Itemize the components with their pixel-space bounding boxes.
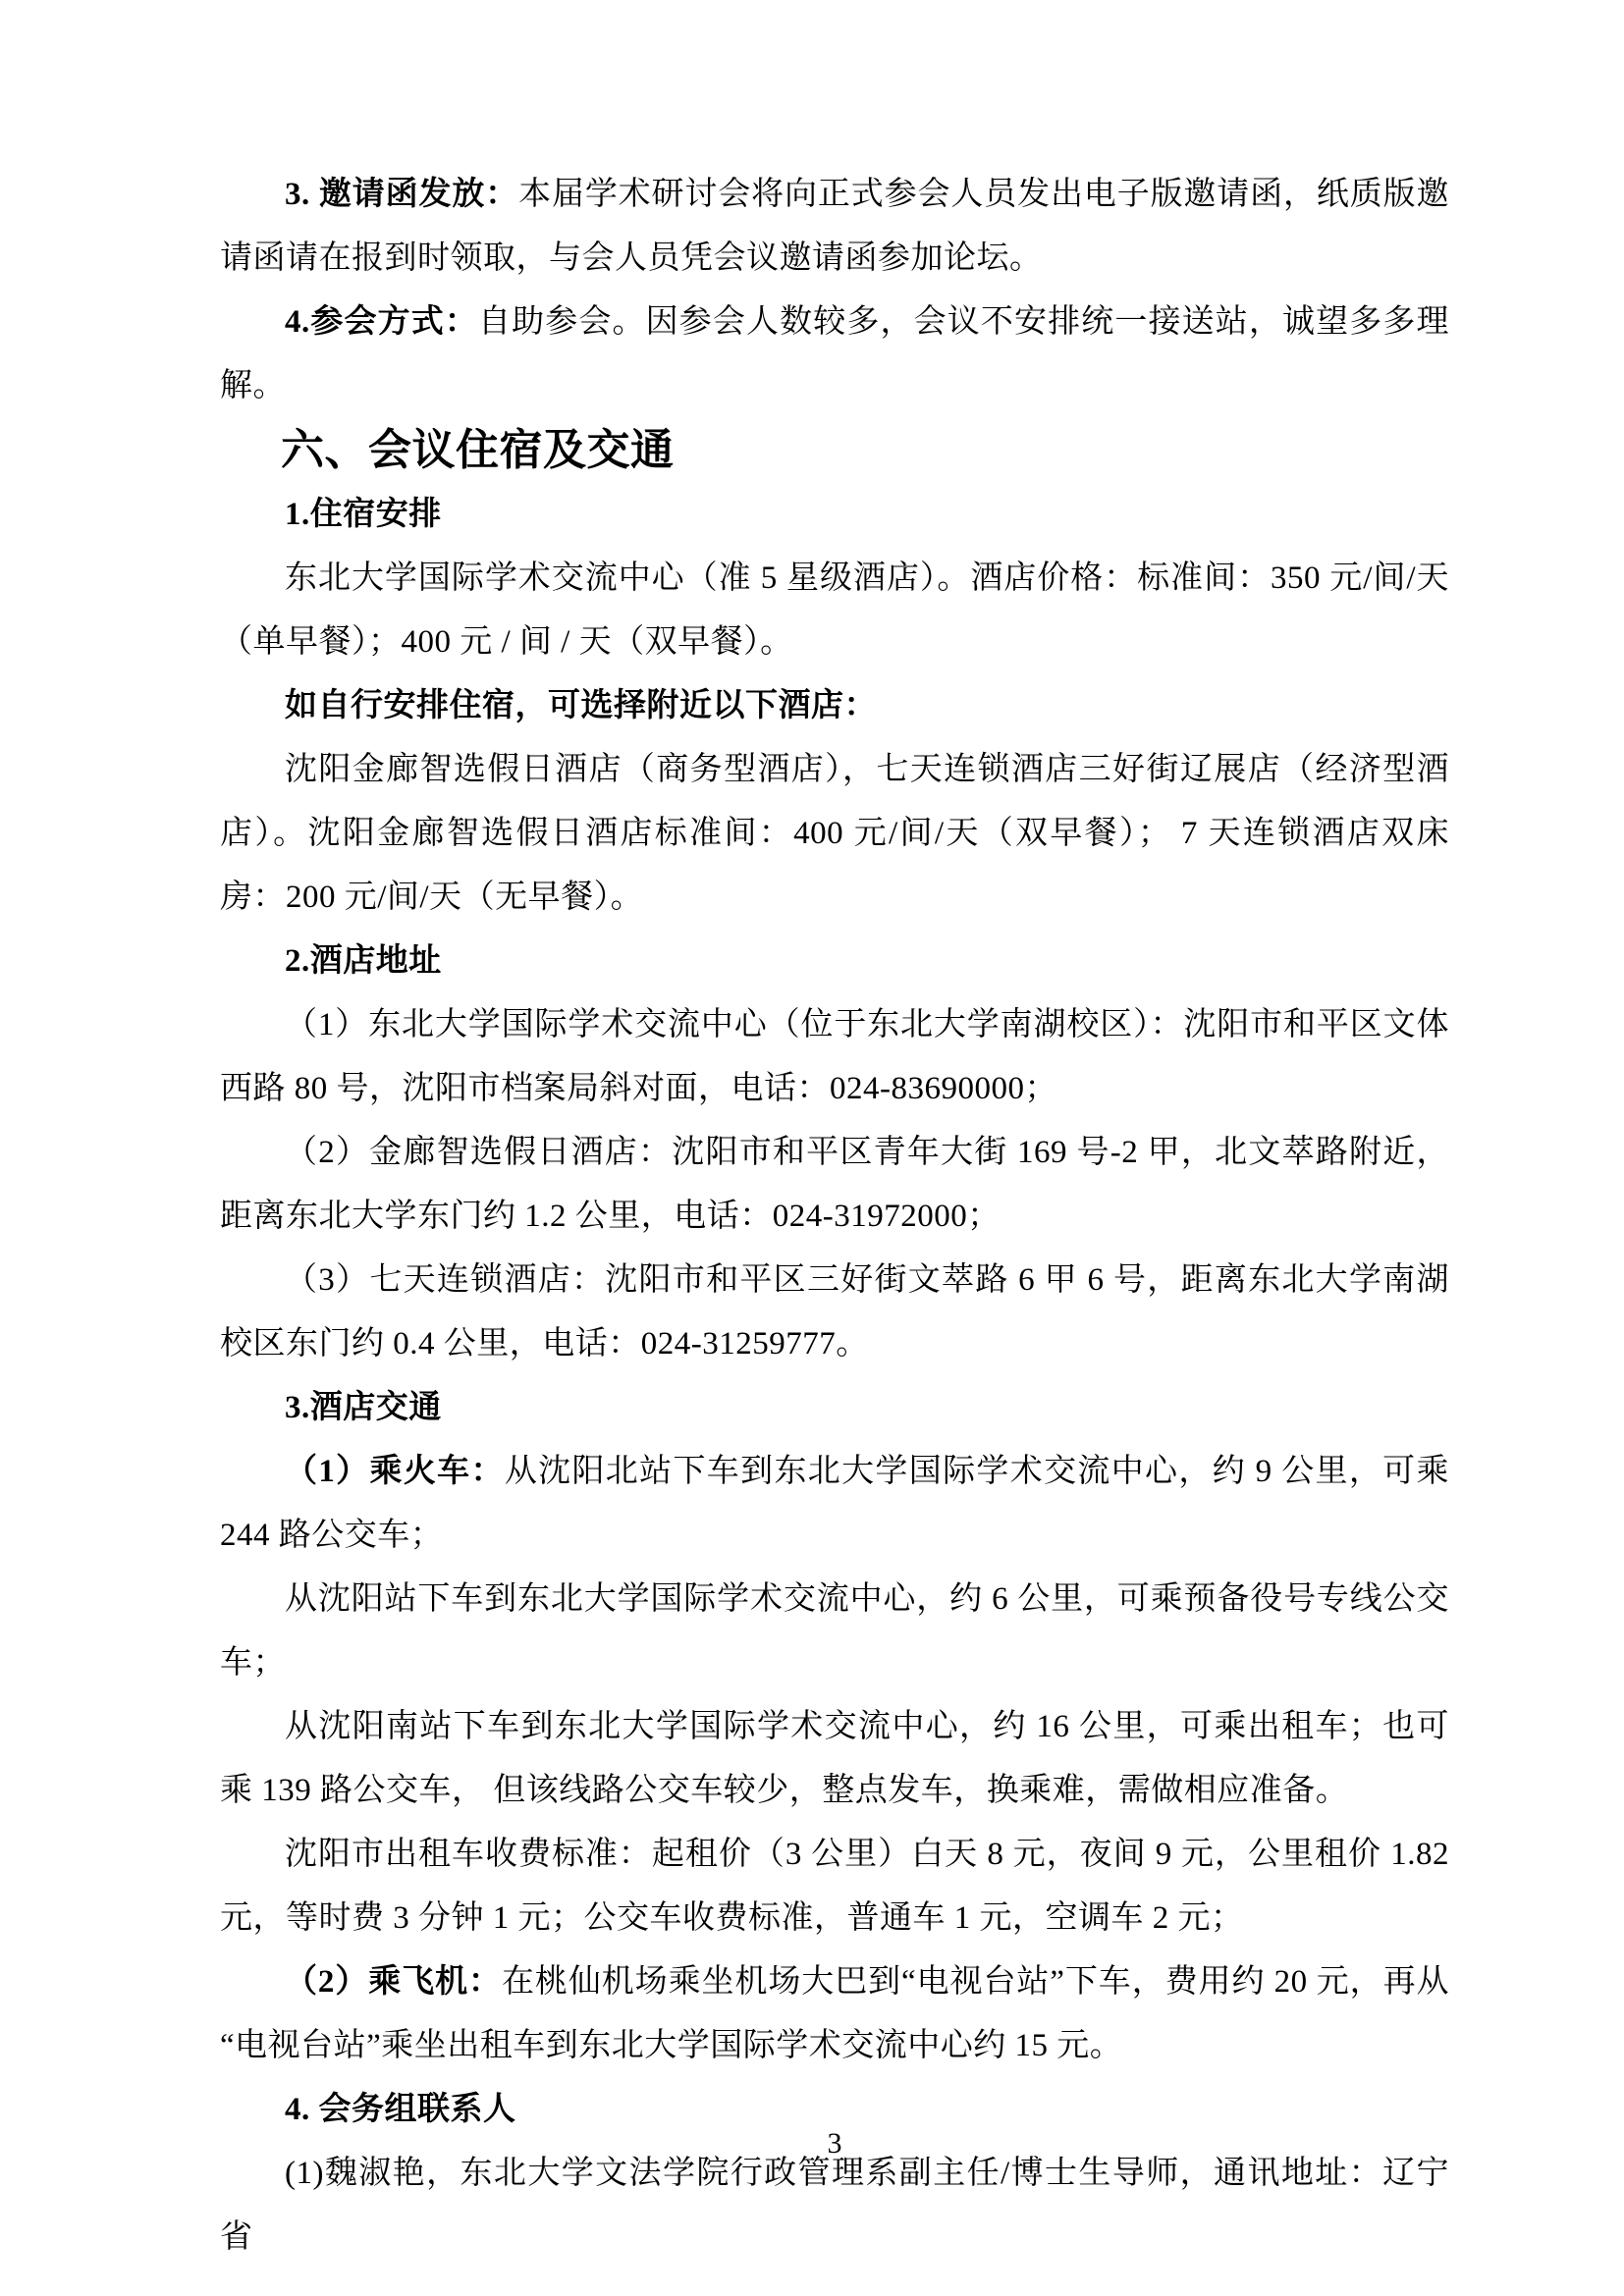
para-by-train-label: （1）乘火车： xyxy=(285,1454,505,1489)
section-heading-accommodation-transport: 六、会议住宿及交通 xyxy=(220,418,1449,483)
para-by-train: （1）乘火车：从沈阳北站下车到东北大学国际学术交流中心，约 9 公里，可乘 24… xyxy=(220,1440,1449,1568)
para-hotel-price: 东北大学国际学术交流中心（准 5 星级酒店）。酒店价格：标准间：350 元/间/… xyxy=(220,547,1449,674)
para-from-shenyang-south-station: 从沈阳南站下车到东北大学国际学术交流中心，约 16 公里，可乘出租车；也可乘 1… xyxy=(220,1695,1449,1823)
subhead-accommodation: 1.住宿安排 xyxy=(220,483,1449,547)
para-taxi-fare: 沈阳市出租车收费标准：起租价（3 公里）白天 8 元，夜间 9 元，公里租价 1… xyxy=(220,1823,1449,1950)
para-address-1: （1）东北大学国际学术交流中心（位于东北大学南湖校区）：沈阳市和平区文体西路 8… xyxy=(220,993,1449,1121)
para-invitation-letter-label: 3. 邀请函发放： xyxy=(285,177,518,212)
para-self-arrange-notice: 如自行安排住宿，可选择附近以下酒店： xyxy=(220,674,1449,738)
para-nearby-hotels: 沈阳金廊智选假日酒店（商务型酒店），七天连锁酒店三好街辽展店（经济型酒店）。沈阳… xyxy=(220,738,1449,930)
document-body: 3. 邀请函发放：本届学术研讨会将向正式参会人员发出电子版邀请函，纸质版邀请函请… xyxy=(220,163,1449,2269)
subhead-hotel-transport: 3.酒店交通 xyxy=(220,1376,1449,1440)
para-by-plane-label: （2）乘飞机： xyxy=(285,1964,502,2000)
page-number: 3 xyxy=(220,2126,1449,2162)
para-from-shenyang-station: 从沈阳站下车到东北大学国际学术交流中心，约 6 公里，可乘预备役号专线公交车； xyxy=(220,1568,1449,1695)
subhead-hotel-address: 2.酒店地址 xyxy=(220,930,1449,993)
para-address-2: （2）金廊智选假日酒店：沈阳市和平区青年大街 169 号-2 甲，北文萃路附近，… xyxy=(220,1121,1449,1249)
para-by-plane: （2）乘飞机：在桃仙机场乘坐机场大巴到“电视台站”下车，费用约 20 元，再从“… xyxy=(220,1950,1449,2078)
para-participation-method: 4.参会方式：自助参会。因参会人数较多，会议不安排统一接送站，诚望多多理解。 xyxy=(220,291,1449,418)
para-address-3: （3）七天连锁酒店：沈阳市和平区三好街文萃路 6 甲 6 号，距离东北大学南湖校… xyxy=(220,1249,1449,1376)
para-participation-method-label: 4.参会方式： xyxy=(285,304,478,340)
document-page: 3. 邀请函发放：本届学术研讨会将向正式参会人员发出电子版邀请函，纸质版邀请函请… xyxy=(0,0,1624,2296)
para-invitation-letter: 3. 邀请函发放：本届学术研讨会将向正式参会人员发出电子版邀请函，纸质版邀请函请… xyxy=(220,163,1449,291)
